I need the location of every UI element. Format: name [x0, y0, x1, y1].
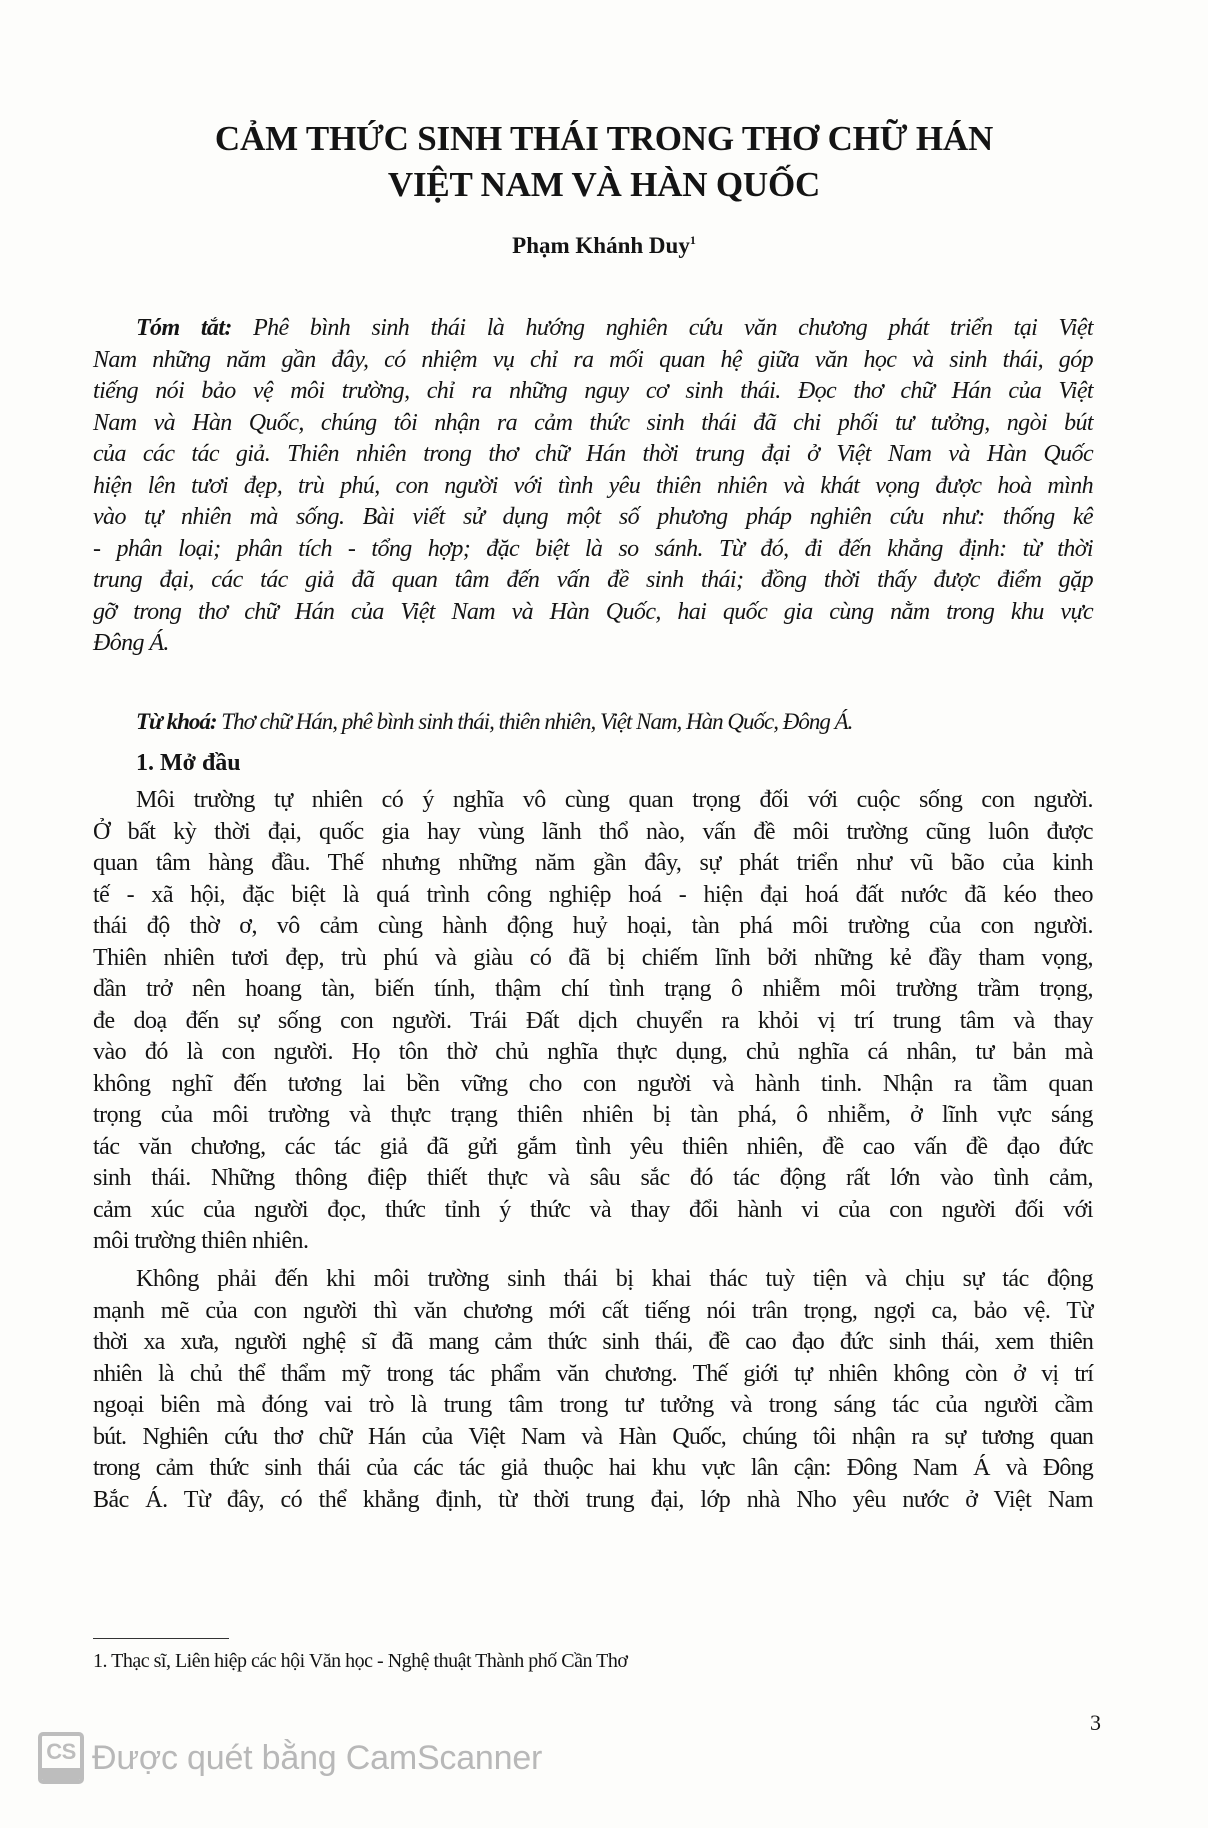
title-line-1: CẢM THỨC SINH THÁI TRONG THƠ CHỮ HÁN — [0, 116, 1208, 162]
paragraph-line: môi trường thiên nhiên. — [93, 1226, 1093, 1258]
paragraph-line: sinh thái. Những thông điệp thiết thực v… — [93, 1163, 1093, 1195]
abstract: Tóm tắt: Phê bình sinh thái là hướng ngh… — [93, 313, 1093, 660]
paragraph-line: bút. Nghiên cứu thơ chữ Hán của Việt Nam… — [93, 1422, 1093, 1454]
paragraph-line: dần trở nên hoang tàn, biến tính, thậm c… — [93, 974, 1093, 1006]
section-1: 1. Mở đầu — [93, 746, 1093, 780]
paragraph-line: Thiên nhiên tươi đẹp, trù phú và giàu có… — [93, 943, 1093, 975]
paragraph-line: ngoại biên mà đóng vai trò là trung tâm … — [93, 1390, 1093, 1422]
paragraph-line: mạnh mẽ của con người thì văn chương mới… — [93, 1296, 1093, 1328]
title-line-2: VIỆT NAM VÀ HÀN QUỐC — [0, 162, 1208, 208]
abstract-line: Đông Á. — [93, 628, 1093, 660]
abstract-line: - phân loại; phân tích - tổng hợp; đặc b… — [93, 534, 1093, 566]
abstract-line: hiện lên tươi đẹp, trù phú, con người vớ… — [93, 471, 1093, 503]
watermark-text: Được quét bằng CamScanner — [92, 1739, 542, 1778]
keywords-line: Từ khoá: Thơ chữ Hán, phê bình sinh thái… — [93, 706, 1093, 738]
author-byline: Phạm Khánh Duy1 — [0, 226, 1208, 260]
paragraph-line: Ở bất kỳ thời đại, quốc gia hay vùng lãn… — [93, 817, 1093, 849]
paragraph-line: tế - xã hội, đặc biệt là quá trình công … — [93, 880, 1093, 912]
abstract-line: vào tự nhiên mà sống. Bài viết sử dụng m… — [93, 502, 1093, 534]
camscanner-watermark: CS Được quét bằng CamScanner — [38, 1730, 542, 1786]
section-heading: 1. Mở đầu — [93, 746, 1093, 780]
keywords: Từ khoá: Thơ chữ Hán, phê bình sinh thái… — [93, 706, 1093, 738]
paragraph-line: quan tâm hàng đầu. Thế nhưng những năm g… — [93, 848, 1093, 880]
page-number: 3 — [1090, 1710, 1101, 1736]
keywords-label: Từ khoá: — [136, 709, 217, 734]
paragraph-line: nhiên là chủ thể thẩm mỹ trong tác phẩm … — [93, 1359, 1093, 1391]
abstract-line: của các tác giả. Thiên nhiên trong thơ c… — [93, 439, 1093, 471]
abstract-line: trung đại, các tác giả đã quan tâm đến v… — [93, 565, 1093, 597]
footnote: 1. Thạc sĩ, Liên hiệp các hội Văn học - … — [93, 1650, 627, 1673]
paragraph-line: không nghĩ đến tương lai bền vững cho co… — [93, 1069, 1093, 1101]
paragraph-line: Bắc Á. Từ đây, có thể khẳng định, từ thờ… — [93, 1485, 1093, 1517]
abstract-line: Nam những năm gần đây, có nhiệm vụ chỉ r… — [93, 345, 1093, 377]
paragraph-line: thời xa xưa, người nghệ sĩ đã mang cảm t… — [93, 1327, 1093, 1359]
abstract-line: gỡ trong thơ chữ Hán của Việt Nam và Hàn… — [93, 597, 1093, 629]
paragraph-line: Môi trường tự nhiên có ý nghĩa vô cùng q… — [93, 785, 1093, 817]
paragraph-line: Không phải đến khi môi trường sinh thái … — [93, 1264, 1093, 1296]
paragraph-1: Môi trường tự nhiên có ý nghĩa vô cùng q… — [93, 785, 1093, 1258]
paragraph-line: cảm xúc của người đọc, thức tỉnh ý thức … — [93, 1195, 1093, 1227]
paragraph-line: thái độ thờ ơ, vô cảm cùng hành động huỷ… — [93, 911, 1093, 943]
camscanner-logo-icon: CS — [38, 1732, 84, 1784]
document-page: CẢM THỨC SINH THÁI TRONG THƠ CHỮ HÁN VIỆ… — [0, 0, 1208, 1828]
paragraph-line: tác văn chương, các tác giả đã gửi gắm t… — [93, 1132, 1093, 1164]
abstract-line: Tóm tắt: Phê bình sinh thái là hướng ngh… — [93, 313, 1093, 345]
author-footnote-ref: 1 — [690, 233, 696, 247]
page-title: CẢM THỨC SINH THÁI TRONG THƠ CHỮ HÁN VIỆ… — [0, 116, 1208, 208]
author-name: Phạm Khánh Duy — [512, 233, 690, 258]
footnote-divider — [93, 1638, 229, 1639]
abstract-line: Nam và Hàn Quốc, chúng tôi nhận ra cảm t… — [93, 408, 1093, 440]
abstract-label: Tóm tắt: — [136, 315, 232, 341]
paragraph-2: Không phải đến khi môi trường sinh thái … — [93, 1264, 1093, 1516]
paragraph-line: trong cảm thức sinh thái của các tác giả… — [93, 1453, 1093, 1485]
paragraph-line: vào đó là con người. Họ tôn thờ chủ nghĩ… — [93, 1037, 1093, 1069]
abstract-line: tiếng nói bảo vệ môi trường, chỉ ra nhữn… — [93, 376, 1093, 408]
paragraph-line: đe doạ đến sự sống con người. Trái Đất d… — [93, 1006, 1093, 1038]
keywords-text: Thơ chữ Hán, phê bình sinh thái, thiên n… — [217, 709, 853, 734]
paragraph-line: trọng của môi trường và thực trạng thiên… — [93, 1100, 1093, 1132]
